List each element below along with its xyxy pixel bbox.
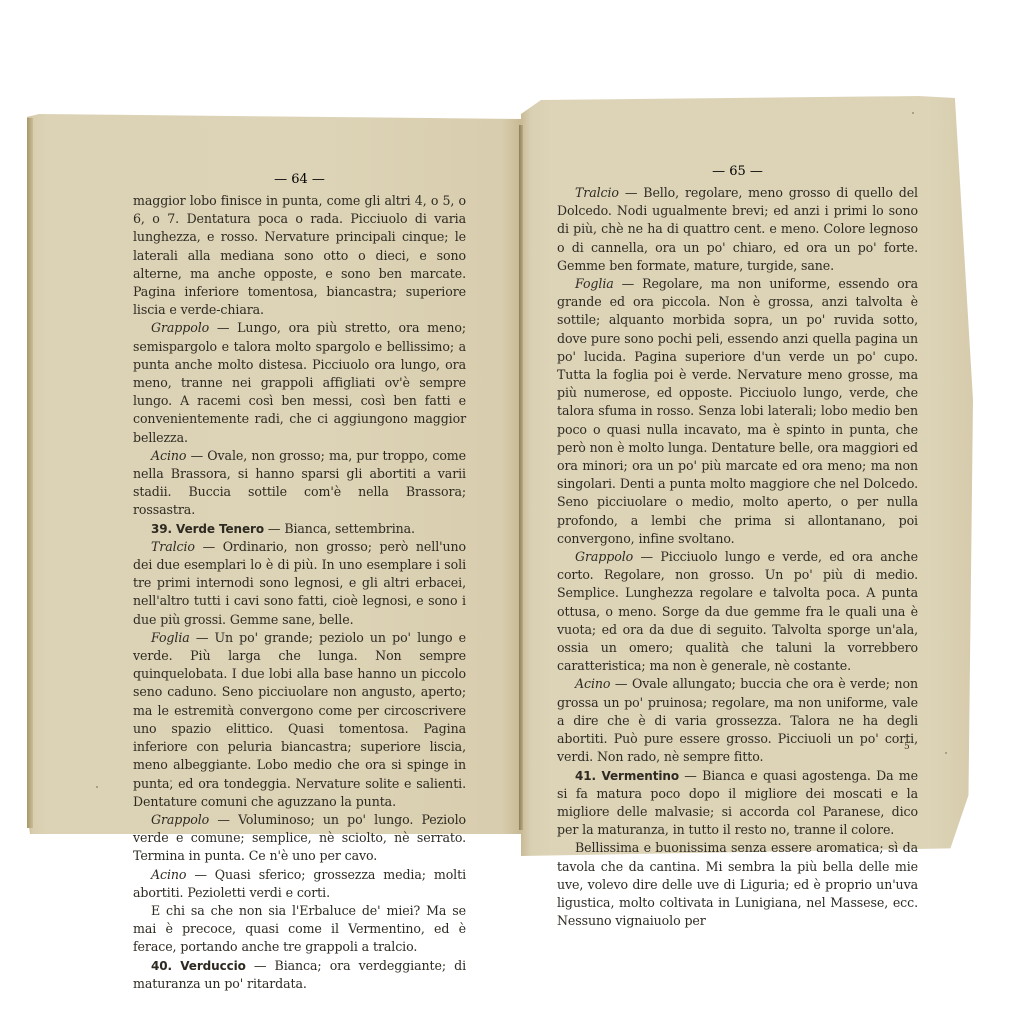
paragraph: E chi sa che non sia l'Erbaluce de' miei… — [133, 902, 466, 957]
paper-speck — [912, 112, 914, 114]
section-label: Tralcio — [151, 539, 195, 554]
paragraph: maggior lobo finisce in punta, come gli … — [133, 192, 466, 319]
section-label: Foglia — [151, 630, 190, 645]
paragraph: Acino — Quasi sferico; grossezza media; … — [133, 866, 466, 902]
section-label: Acino — [575, 676, 610, 691]
section-label: Grappolo — [151, 812, 209, 827]
paragraph: Bellissima e buonissima senza essere aro… — [557, 839, 918, 930]
section-label: Foglia — [575, 276, 614, 291]
section-label: Grappolo — [575, 549, 633, 564]
variety-entry: 41. Vermentino — Bianca e quasi agosteng… — [557, 767, 918, 840]
paper-speck — [96, 786, 98, 788]
page-edge-left — [27, 118, 33, 828]
page-number-right: — 65 — — [557, 164, 918, 179]
paragraph: Grappolo — Lungo, ora più stretto, ora m… — [133, 319, 466, 446]
open-book: — 64 — maggior lobo finisce in punta, co… — [0, 0, 1024, 1024]
variety-heading: 40. Verduccio — [151, 959, 246, 973]
section-label: Grappolo — [151, 320, 209, 335]
section-label: Tralcio — [575, 185, 619, 200]
left-page-text: maggior lobo finisce in punta, come gli … — [133, 192, 466, 993]
paragraph: Acino — Ovale, non grosso; ma, pur tropp… — [133, 447, 466, 520]
right-page-text: Tralcio — Bello, regolare, meno grosso d… — [557, 184, 918, 930]
paragraph: Foglia — Un po' grande; peziolo un po' l… — [133, 629, 466, 811]
section-label: Acino — [151, 448, 186, 463]
variety-heading: 39. Verde Tenero — [151, 522, 264, 536]
paragraph: Grappolo — Voluminoso; un po' lungo. Pez… — [133, 811, 466, 866]
paper-speck — [945, 752, 947, 754]
variety-entry: 40. Verduccio — Bianca; ora verdeggiante… — [133, 957, 466, 993]
paragraph: Foglia — Regolare, ma non uniforme, esse… — [557, 275, 918, 548]
paragraph: Tralcio — Ordinario, non grosso; però ne… — [133, 538, 466, 629]
page-number-left: — 64 — — [133, 172, 466, 187]
book-gutter — [519, 125, 523, 830]
section-label: Acino — [151, 867, 186, 882]
paragraph: Acino — Ovale allungato; buccia che ora … — [557, 675, 918, 766]
paragraph: Tralcio — Bello, regolare, meno grosso d… — [557, 184, 918, 275]
variety-entry: 39. Verde Tenero — Bianca, settembrina. — [133, 520, 466, 538]
variety-heading: 41. Vermentino — [575, 769, 679, 783]
signature-mark: 5 — [904, 742, 910, 752]
paragraph: Grappolo — Picciuolo lungo e verde, ed o… — [557, 548, 918, 675]
